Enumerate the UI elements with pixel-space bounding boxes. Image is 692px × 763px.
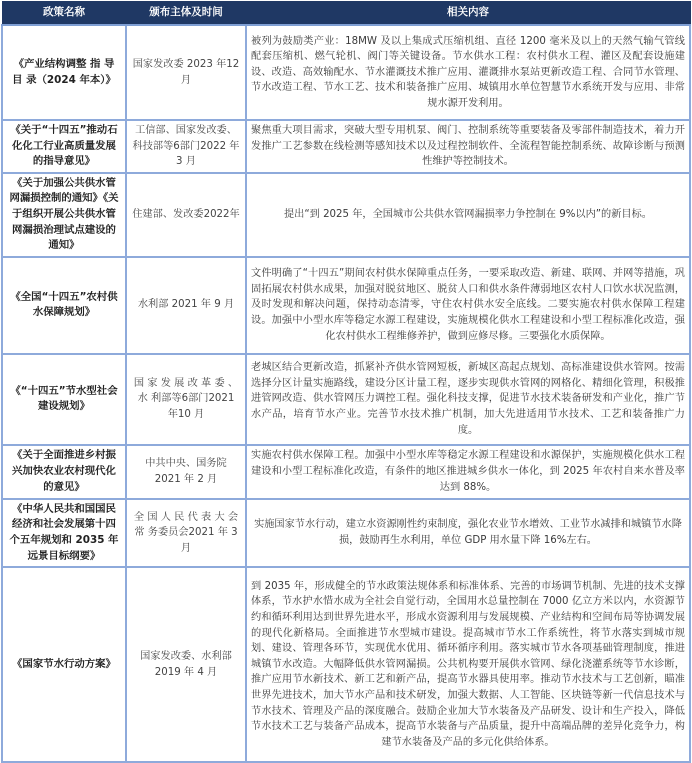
table-row: 《产业结构调整 指 导 目 录（2024 年本）》 国家发改委 2023 年12… xyxy=(2,25,690,120)
table-row: 《中华人民共和国国民经济和社会发展第十四个五年规划和 2035 年远景目标纲要》… xyxy=(2,499,690,567)
column-header-content: 相关内容 xyxy=(246,2,690,26)
table-row: 《关于“十四五”推动石化化工行业高质量发展的指导意见》 工信部、国家发改委、科技… xyxy=(2,120,690,173)
policy-name-cell: 《关于“十四五”推动石化化工行业高质量发展的指导意见》 xyxy=(2,120,126,173)
policy-name-cell: 《关于加强公共供水管网漏损控制的通知》《关于组织开展公共供水管网漏损治理试点建设… xyxy=(2,173,126,257)
table-row: 《“十四五”节水型社会建设规划》 国 家 发 展 改 革 委 、水 利部等6部门… xyxy=(2,354,690,445)
content-cell: 老城区结合更新改造，抓紧补齐供水管网短板，新城区高起点规划、高标准建设供水管网。… xyxy=(246,354,690,445)
content-cell: 聚焦重大项目需求，突破大型专用机泵、阀门、控制系统等重要装备及零部件制造技术，着… xyxy=(246,120,690,173)
policy-name-cell: 《中华人民共和国国民经济和社会发展第十四个五年规划和 2035 年远景目标纲要》 xyxy=(2,499,126,567)
issuer-date-cell: 全 国 人 民 代 表 大 会 常 务委员会2021 年 3 月 xyxy=(126,499,246,567)
policy-name-cell: 《国家节水行动方案》 xyxy=(2,567,126,744)
issuer-date-cell: 水利部 2021 年 9 月 xyxy=(126,257,246,354)
table-row: 《全国“十四五”农村供水保障规划》 水利部 2021 年 9 月 文件明确了“十… xyxy=(2,257,690,354)
issuer-date-cell: 住建部、发改委2022年 xyxy=(126,173,246,257)
content-cell: 到 2035 年，形成健全的节水政策法规体系和标准体系、完善的市场调节机制、先进… xyxy=(246,567,690,744)
table-header: 政策名称 颁布主体及时间 相关内容 xyxy=(2,2,690,26)
content-cell: 被列为鼓励类产业：18MW 及以上集成式压缩机组、直径 1200 毫米及以上的天… xyxy=(246,25,690,120)
content-cell: 实施国家节水行动，建立水资源刚性约束制度，强化农业节水增效、工业节水减排和城镇节… xyxy=(246,499,690,567)
issuer-date-cell: 工信部、国家发改委、科技部等6部门2022 年3 月 xyxy=(126,120,246,173)
column-header-policy-name: 政策名称 xyxy=(2,2,126,26)
policy-name-cell: 《“十四五”节水型社会建设规划》 xyxy=(2,354,126,445)
content-cell: 提出“到 2025 年，全国城市公共供水管网漏损率力争控制在 9%以内”的新目标… xyxy=(246,173,690,257)
issuer-date-cell: 中共中央、国务院 2021 年 2 月 xyxy=(126,445,246,499)
content-cell: 实施农村供水保障工程。加强中小型水库等稳定水源工程建设和水源保护，实施规模化供水… xyxy=(246,445,690,499)
policy-name-cell: 《关于全面推进乡村振兴加快农业农村现代化的意见》 xyxy=(2,445,126,499)
table-row: 《国家节水行动方案》 国家发改委、水利部 2019 年 4 月 到 2035 年… xyxy=(2,567,690,744)
policy-name-cell: 《产业结构调整 指 导 目 录（2024 年本）》 xyxy=(2,25,126,120)
table-row: 《关于加强公共供水管网漏损控制的通知》《关于组织开展公共供水管网漏损治理试点建设… xyxy=(2,173,690,257)
policy-name-cell: 《全国“十四五”农村供水保障规划》 xyxy=(2,257,126,354)
issuer-date-cell: 国家发改委 2023 年12月 xyxy=(126,25,246,120)
content-cell: 文件明确了“十四五”期间农村供水保障重点任务，一要采取改造、新建、联网、并网等措… xyxy=(246,257,690,354)
column-header-issuer-date: 颁布主体及时间 xyxy=(126,2,246,26)
issuer-date-cell: 国家发改委、水利部 2019 年 4 月 xyxy=(126,567,246,744)
issuer-date-cell: 国 家 发 展 改 革 委 、水 利部等6部门2021 年10 月 xyxy=(126,354,246,445)
table-row: 《关于全面推进乡村振兴加快农业农村现代化的意见》 中共中央、国务院 2021 年… xyxy=(2,445,690,499)
policy-table: 政策名称 颁布主体及时间 相关内容 《产业结构调整 指 导 目 录（2024 年… xyxy=(1,1,691,744)
